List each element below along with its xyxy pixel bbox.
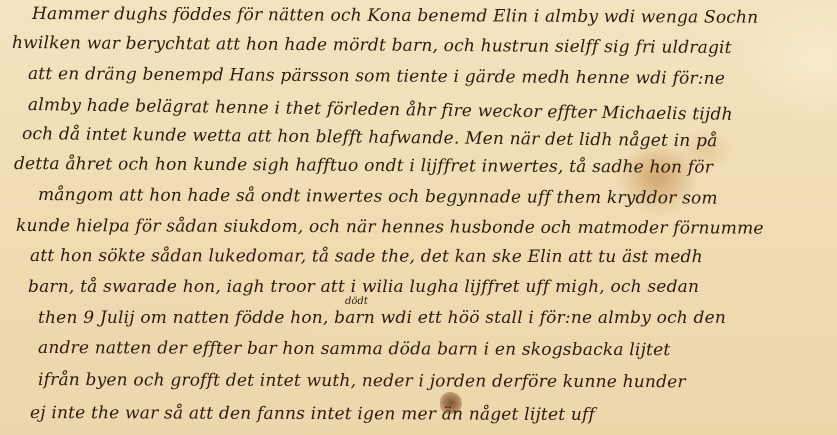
manuscript-line-7: mångom att hon hade så ondt inwertes och… [38,185,718,209]
manuscript-line-11: then 9 Julij om natten födde hon, barn w… [38,308,726,328]
manuscript-line-14: ej inte the war så att den fanns intet i… [30,403,595,425]
manuscript-line-9: att hon sökte sådan lukedomar, tå sade t… [30,246,703,267]
interlinear-note: dödt [345,296,368,307]
manuscript-line-5: och då intet kunde wetta att hon blefft … [22,124,718,151]
manuscript-line-12: andre natten der effter bar hon samma dö… [38,338,670,360]
manuscript-line-4: almby hade belägrat henne i thet förlede… [28,95,733,125]
manuscript-line-10: barn, tå swarade hon, iagh troor att i w… [28,277,699,297]
manuscript-page: Hammer dughs föddes för nätten och Kona … [0,0,837,435]
manuscript-line-2: hwilken war berychtat att hon hade mördt… [12,33,732,58]
manuscript-line-3: att en dräng benempd Hans pärsson som ti… [28,64,725,89]
manuscript-line-1: Hammer dughs föddes för nätten och Kona … [32,4,758,28]
manuscript-line-8: kunde hielpa för sådan siukdom, och när … [16,216,764,239]
manuscript-line-6: detta åhret och hon kunde sigh hafftuo o… [14,154,713,178]
manuscript-line-13: ifrån byen och grofft det intet wuth, ne… [38,370,686,392]
